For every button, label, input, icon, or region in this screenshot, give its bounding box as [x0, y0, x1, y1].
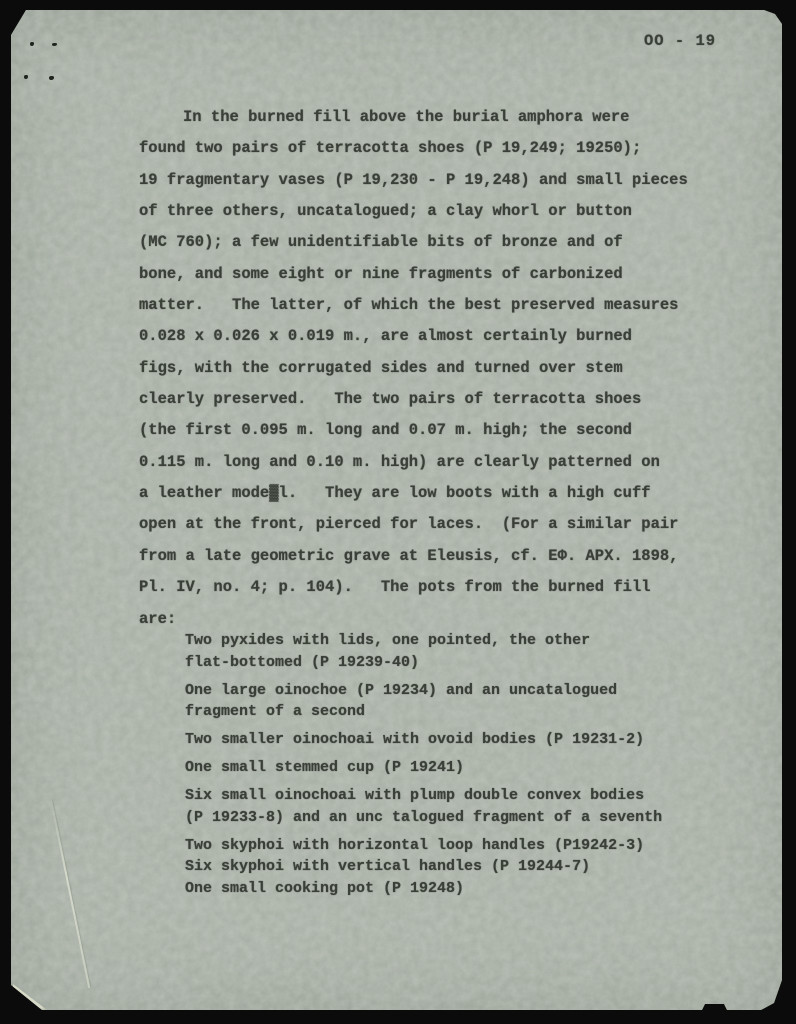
text-line: 19 fragmentary vases (P 19,230 - P 19,24…	[139, 165, 688, 196]
text-line: (the first 0.095 m. long and 0.07 m. hig…	[139, 415, 688, 446]
list-item: One small stemmed cup (P 19241)	[185, 757, 662, 779]
text-line: One small stemmed cup (P 19241)	[185, 757, 662, 779]
text-line: Six skyphoi with vertical handles (P 192…	[185, 856, 662, 878]
folded-corner	[13, 984, 47, 1010]
scanner-background: OO - 19 In the burned fill above the bur…	[0, 0, 796, 1024]
text-line: fragment of a second	[185, 701, 662, 723]
list-item: Two smaller oinochoai with ovoid bodies …	[185, 729, 662, 751]
text-line: found two pairs of terracotta shoes (P 1…	[139, 133, 688, 164]
text-line: flat-bottomed (P 19239-40)	[185, 652, 662, 674]
text-line: Two pyxides with lids, one pointed, the …	[185, 630, 662, 652]
list-item: Two skyphoi with horizontal loop handles…	[185, 835, 662, 878]
paper-crease	[50, 800, 90, 989]
pot-list: Two pyxides with lids, one pointed, the …	[185, 630, 662, 906]
document-page: OO - 19 In the burned fill above the bur…	[11, 10, 782, 1010]
text-line: a leather mode▓l. They are low boots wit…	[139, 478, 688, 509]
body-paragraph: In the burned fill above the burial amph…	[139, 102, 688, 635]
paper-speck	[24, 75, 28, 79]
text-line: (P 19233-8) and an unc talogued fragment…	[185, 807, 662, 829]
text-line: clearly preserved. The two pairs of terr…	[139, 384, 688, 415]
text-line: Six small oinochoai with plump double co…	[185, 785, 662, 807]
text-line: of three others, uncatalogued; a clay wh…	[139, 196, 688, 227]
text-line: In the burned fill above the burial amph…	[139, 102, 688, 133]
text-line: Pl. IV, no. 4; p. 104). The pots from th…	[139, 572, 688, 603]
text-line: 0.115 m. long and 0.10 m. high) are clea…	[139, 447, 688, 478]
text-line: bone, and some eight or nine fragments o…	[139, 259, 688, 290]
list-item: Two pyxides with lids, one pointed, the …	[185, 630, 662, 673]
paper-speck	[30, 42, 34, 46]
text-line: (MC 760); a few unidentifiable bits of b…	[139, 227, 688, 258]
text-line: One small cooking pot (P 19248)	[185, 878, 662, 900]
text-line: Two smaller oinochoai with ovoid bodies …	[185, 729, 662, 751]
text-line: Two skyphoi with horizontal loop handles…	[185, 835, 662, 857]
page-number: OO - 19	[644, 32, 716, 50]
text-line: 0.028 x 0.026 x 0.019 m., are almost cer…	[139, 321, 688, 352]
text-line: figs, with the corrugated sides and turn…	[139, 353, 688, 384]
list-item: One large oinochoe (P 19234) and an unca…	[185, 680, 662, 723]
list-item: Six small oinochoai with plump double co…	[185, 785, 662, 828]
text-line: from a late geometric grave at Eleusis, …	[139, 541, 688, 572]
paper-speck	[49, 76, 54, 80]
text-line: open at the front, pierced for laces. (F…	[139, 509, 688, 540]
text-line: One large oinochoe (P 19234) and an unca…	[185, 680, 662, 702]
list-item: One small cooking pot (P 19248)	[185, 878, 662, 900]
paper-speck	[52, 43, 57, 46]
text-line: matter. The latter, of which the best pr…	[139, 290, 688, 321]
